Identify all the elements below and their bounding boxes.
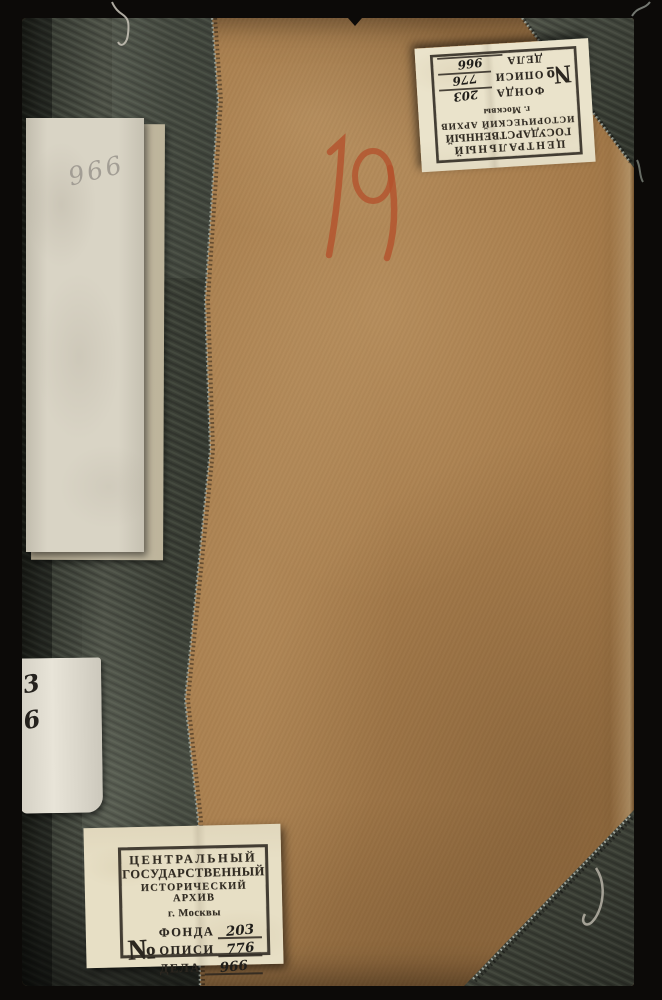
opis-number: 776	[226, 940, 256, 959]
book-cover: 966 03 76 19 ЦЕНТРАЛЬНЫЙ ГОСУДАРСТВЕННЫЙ…	[22, 18, 634, 986]
fray-right-edge	[637, 160, 643, 182]
archive-label-bottom: ЦЕНТРАЛЬНЫЙ ГОСУДАРСТВЕННЫЙ ИСТОРИЧЕСКИЙ…	[83, 824, 283, 968]
opis-number: 776	[451, 71, 478, 88]
label-stamp-frame: ЦЕНТРАЛЬНЫЙ ГОСУДАРСТВЕННЫЙ ИСТОРИЧЕСКИЙ…	[118, 844, 270, 958]
numero-sign: №	[541, 50, 575, 100]
spine-paper-strip: 966	[26, 118, 144, 552]
thread-corner-top-right	[632, 2, 650, 16]
numero-sign: №	[124, 922, 161, 978]
red-digit-9-bowl	[355, 151, 391, 201]
fond-number: 203	[225, 922, 255, 941]
fond-row: ФОНДА 203	[159, 920, 262, 940]
handwriting-fragment-2: 76	[22, 704, 43, 739]
archive-name-line3: ИСТОРИЧЕСКИЙ АРХИВ	[122, 880, 266, 906]
delo-number: 966	[457, 55, 484, 72]
fond-number: 203	[452, 87, 479, 104]
delo-number: 966	[219, 958, 249, 977]
archive-label-paper: ЦЕНТРАЛЬНЫЙ ГОСУДАРСТВЕННЫЙ ИСТОРИЧЕСКИЙ…	[414, 38, 595, 172]
spine-pencil-number: 966	[65, 150, 127, 192]
archival-book-photo: 966 03 76 19 ЦЕНТРАЛЬНЫЙ ГОСУДАРСТВЕННЫЙ…	[0, 0, 662, 1000]
red-crayon-number: 19	[316, 130, 426, 280]
red-digit-1	[329, 141, 342, 255]
archive-label-top: ЦЕНТРАЛЬНЫЙ ГОСУДАРСТВЕННЫЙ ИСТОРИЧЕСКИЙ…	[414, 38, 595, 172]
handwriting-fragment-1: 03	[22, 668, 42, 703]
left-edge-paper: 03 76	[22, 657, 103, 813]
archive-label-paper: ЦЕНТРАЛЬНЫЙ ГОСУДАРСТВЕННЫЙ ИСТОРИЧЕСКИЙ…	[83, 824, 283, 968]
label-stamp-frame: ЦЕНТРАЛЬНЫЙ ГОСУДАРСТВЕННЫЙ ИСТОРИЧЕСКИЙ…	[430, 46, 583, 163]
delo-row: ДЕЛА 966	[159, 956, 262, 976]
